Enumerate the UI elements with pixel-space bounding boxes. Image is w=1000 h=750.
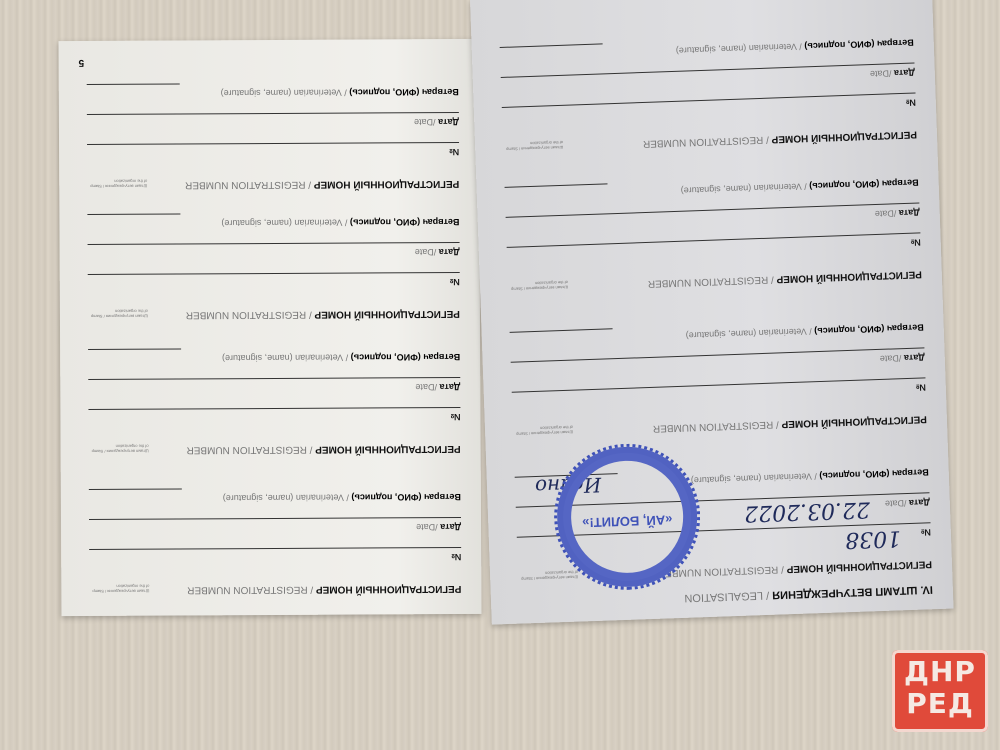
- stamp-note: Штамп ветучреждения / Stamp of the organ…: [89, 444, 149, 454]
- seal-text: «АЙ, БОЛИТ!»: [557, 511, 697, 531]
- date-field: Дата /Date: [88, 377, 460, 394]
- logo-line-2: РЕД: [892, 688, 988, 720]
- number-field: №: [87, 142, 459, 159]
- date-field: Дата /Date: [511, 347, 925, 376]
- signature-line: [510, 328, 613, 333]
- veterinarian-field: Ветврач (ФИО, подпись) / Veterinarian (n…: [221, 217, 459, 228]
- right-page: IV. ШТАМП ВЕТУЧРЕЖДЕНИЯ / LEGALISATION Р…: [470, 0, 954, 625]
- handwritten-date: 22.03.2022: [744, 496, 871, 525]
- registration-block: РЕГИСТРАЦИОННЫЙ НОМЕР / REGISTRATION NUM…: [87, 189, 460, 321]
- date-field: Дата /Date: [506, 202, 920, 231]
- registration-block: РЕГИСТРАЦИОННЫЙ НОМЕР / REGISTRATION NUM…: [87, 59, 460, 191]
- veterinarian-field: Ветврач (ФИО, подпись) / Veterinarian (n…: [221, 87, 459, 98]
- number-field: №: [88, 272, 460, 289]
- signature-line: [89, 488, 182, 489]
- number-field: №: [88, 407, 460, 424]
- stamp-note: Штамп ветучреждения / Stamp of the organ…: [518, 570, 578, 582]
- page-number: 5: [79, 57, 85, 68]
- section-title: IV. ШТАМП ВЕТУЧРЕЖДЕНИЯ / LEGALISATION: [684, 583, 933, 604]
- registration-label: РЕГИСТРАЦИОННЫЙ НОМЕР / REGISTRATION NUM…: [653, 413, 927, 434]
- signature-line: [87, 213, 180, 214]
- stamp-note: Штамп ветучреждения / Stamp of the organ…: [88, 309, 148, 319]
- stamp-note: Штамп ветучреждения / Stamp of the organ…: [513, 425, 573, 437]
- registration-label: РЕГИСТРАЦИОННЫЙ НОМЕР / REGISTRATION NUM…: [186, 308, 460, 320]
- date-field: Дата /Date: [87, 112, 459, 129]
- registration-label: РЕГИСТРАЦИОННЫЙ НОМЕР / REGISTRATION NUM…: [658, 558, 932, 579]
- stamp-note: Штамп ветучреждения / Stamp of the organ…: [87, 179, 147, 189]
- signature-line: [505, 183, 608, 188]
- watermark-logo: ДНР РЕД: [892, 650, 988, 732]
- stamp-note: Штамп ветучреждения / Stamp of the organ…: [503, 140, 563, 152]
- stamp-note: Штамп ветучреждения / Stamp of the organ…: [89, 584, 149, 594]
- registration-label: РЕГИСТРАЦИОННЫЙ НОМЕР / REGISTRATION NUM…: [648, 268, 922, 289]
- veterinarian-field: Ветврач (ФИО, подпись) / Veterinarian (n…: [686, 322, 924, 340]
- signature-line: [88, 348, 181, 349]
- veterinarian-field: Ветврач (ФИО, подпись) / Veterinarian (n…: [676, 38, 914, 56]
- date-field: Дата /Date: [501, 63, 915, 92]
- left-page: РЕГИСТРАЦИОННЫЙ НОМЕР / REGISTRATION NUM…: [58, 39, 481, 616]
- logo-line-1: ДНР: [892, 656, 988, 688]
- number-field: №: [89, 547, 461, 564]
- registration-label: РЕГИСТРАЦИОННЫЙ НОМЕР / REGISTRATION NUM…: [186, 443, 460, 455]
- registration-block: РЕГИСТРАЦИОННЫЙ НОМЕР / REGISTRATION NUM…: [89, 464, 462, 596]
- registration-block: РЕГИСТРАЦИОННЫЙ НОМЕР / REGISTRATION NUM…: [504, 149, 922, 293]
- number-field: №: [502, 93, 916, 122]
- signature-line: [500, 43, 603, 48]
- stamp-note: Штамп ветучреждения / Stamp of the organ…: [508, 280, 568, 292]
- veterinarian-field: Ветврач (ФИО, подпись) / Veterinarian (n…: [222, 352, 460, 363]
- signature-line: [87, 83, 180, 84]
- handwritten-number: 1038: [845, 525, 902, 552]
- veterinarian-field: Ветврач (ФИО, подпись) / Veterinarian (n…: [691, 467, 929, 485]
- registration-block: РЕГИСТРАЦИОННЫЙ НОМЕР / REGISTRATION NUM…: [88, 324, 461, 456]
- registration-block: РЕГИСТРАЦИОННЫЙ НОМЕР / REGISTRATION NUM…: [509, 294, 927, 438]
- number-field: №: [512, 377, 926, 406]
- registration-block: РЕГИСТРАЦИОННЫЙ НОМЕР / REGISTRATION NUM…: [499, 10, 917, 154]
- registration-label: РЕГИСТРАЦИОННЫЙ НОМЕР / REGISTRATION NUM…: [185, 178, 459, 190]
- date-field: Дата /Date: [88, 242, 460, 259]
- veterinarian-field: Ветврач (ФИО, подпись) / Veterinarian (n…: [223, 492, 461, 503]
- date-field: Дата /Date: [89, 517, 461, 534]
- veterinarian-field: Ветврач (ФИО, подпись) / Veterinarian (n…: [681, 177, 919, 195]
- registration-label: РЕГИСТРАЦИОННЫЙ НОМЕР / REGISTRATION NUM…: [643, 128, 917, 149]
- registration-label: РЕГИСТРАЦИОННЫЙ НОМЕР / REGISTRATION NUM…: [187, 583, 461, 595]
- number-field: №: [507, 232, 921, 261]
